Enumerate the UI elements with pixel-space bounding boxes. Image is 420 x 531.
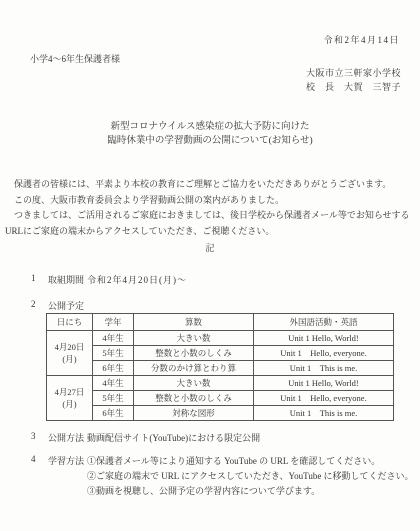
body-line-1: 保護者の皆様には、平素より本校の教育にご理解とご協力をいただきありがとうございま…	[5, 177, 415, 193]
ki-marker: 記	[0, 241, 420, 254]
grade-cell: 5年生	[93, 391, 134, 406]
date-text: 4月27日	[55, 387, 85, 397]
table-row: 4月20日(月) 4年生 大きい数 Unit 1 Hello, World!	[47, 331, 394, 346]
grade-cell: 6年生	[93, 406, 134, 421]
section-method: 3 公開方法 動画配信サイト(YouTube)における限定公開	[31, 431, 260, 444]
body-line-3: つきましては、ご活用されるご家庭におきましては、後日学校から保護者メール等でお知…	[5, 208, 415, 224]
section-method-number: 3	[31, 431, 48, 444]
grade-cell: 5年生	[93, 346, 134, 361]
english-cell: Unit 1 Hello, World!	[254, 376, 394, 391]
math-cell: 分数のかけ算とわり算	[134, 361, 254, 376]
section-period-number: 1	[31, 273, 48, 286]
section-howto: 4 学習方法 ①保護者メール等により通知する YouTube の URL を確認…	[31, 454, 415, 498]
math-cell: 大きい数	[134, 331, 254, 346]
sender-block: 大阪市立三軒家小学校 校 長 大賀 三智子	[306, 66, 401, 94]
table-header-row: 日にち 学年 算数 外国語活動・英語	[47, 314, 394, 331]
body-line-4: URLにご家庭の端末からアクセスしていただき、ご視聴ください。	[5, 224, 415, 240]
date-text: 4月20日	[55, 342, 85, 352]
section-method-text: 動画配信サイト(YouTube)における限定公開	[87, 431, 260, 444]
col-header-math: 算数	[134, 314, 254, 331]
date-weekday: (月)	[62, 354, 76, 364]
english-cell: Unit 1 This is me.	[254, 406, 394, 421]
math-cell: 整数と小数のしくみ	[134, 346, 254, 361]
table-row: 4月27日(月) 4年生 大きい数 Unit 1 Hello, World!	[47, 376, 394, 391]
principal-name: 校 長 大賀 三智子	[306, 80, 401, 94]
table-row: 6年生 分数のかけ算とわり算 Unit 1 This is me.	[47, 361, 394, 376]
math-cell: 対称な図形	[134, 406, 254, 421]
notice-title: 新型コロナウイルス感染症の拡大予防に向けた 臨時休業中の学習動画の公開について(…	[0, 120, 420, 148]
english-cell: Unit 1 Hello, World!	[254, 331, 394, 346]
addressee: 小学4〜6年生保護者様	[30, 52, 120, 65]
table-row: 5年生 整数と小数のしくみ Unit 1 Hello, everyone.	[47, 391, 394, 406]
math-cell: 整数と小数のしくみ	[134, 391, 254, 406]
date-weekday: (月)	[62, 399, 76, 409]
col-header-date: 日にち	[47, 314, 93, 331]
date-cell-apr20: 4月20日(月)	[47, 331, 93, 376]
section-period-label: 取組期間	[48, 273, 87, 286]
english-cell: Unit 1 This is me.	[254, 361, 394, 376]
table-row: 6年生 対称な図形 Unit 1 This is me.	[47, 406, 394, 421]
table-row: 5年生 整数と小数のしくみ Unit 1 Hello, everyone.	[47, 346, 394, 361]
english-cell: Unit 1 Hello, everyone.	[254, 346, 394, 361]
section-period-text: 令和2年4月20日(月)〜	[87, 273, 187, 286]
col-header-english: 外国語活動・英語	[254, 314, 394, 331]
grade-cell: 4年生	[93, 331, 134, 346]
section-period: 1 取組期間 令和2年4月20日(月)〜	[31, 273, 187, 286]
col-header-grade: 学年	[93, 314, 134, 331]
math-cell: 大きい数	[134, 376, 254, 391]
section-howto-number: 4	[31, 454, 48, 498]
grade-cell: 4年生	[93, 376, 134, 391]
date-cell-apr27: 4月27日(月)	[47, 376, 93, 421]
howto-step-1: ①保護者メール等により通知する YouTube の URL を確認してください。	[87, 454, 414, 469]
section-schedule: 2 公開予定	[31, 299, 87, 312]
school-name: 大阪市立三軒家小学校	[306, 66, 401, 80]
doc-date: 令和2年4月14日	[323, 33, 400, 46]
document-page: 令和2年4月14日 小学4〜6年生保護者様 大阪市立三軒家小学校 校 長 大賀 …	[0, 0, 420, 531]
body-line-2: この度、大阪市教育委員会より学習動画公開の案内がありました。	[5, 193, 415, 209]
english-cell: Unit 1 Hello, everyone.	[254, 391, 394, 406]
section-howto-label: 学習方法	[48, 454, 87, 498]
schedule-table: 日にち 学年 算数 外国語活動・英語 4月20日(月) 4年生 大きい数 Uni…	[46, 313, 394, 421]
notice-title-line-2: 臨時休業中の学習動画の公開について(お知らせ)	[0, 134, 420, 148]
notice-title-line-1: 新型コロナウイルス感染症の拡大予防に向けた	[0, 120, 420, 134]
howto-step-3: ③動画を視聴し、公開予定の学習内容について学びます。	[87, 484, 414, 499]
grade-cell: 6年生	[93, 361, 134, 376]
section-schedule-label: 公開予定	[48, 299, 87, 312]
howto-steps: ①保護者メール等により通知する YouTube の URL を確認してください。…	[87, 454, 414, 498]
section-schedule-number: 2	[31, 299, 48, 312]
howto-step-2: ②ご家庭の端末で URL にアクセスしていただき、YouTube に移動してくだ…	[87, 469, 414, 484]
section-method-label: 公開方法	[48, 431, 87, 444]
body-paragraph: 保護者の皆様には、平素より本校の教育にご理解とご協力をいただきありがとうございま…	[5, 177, 415, 239]
